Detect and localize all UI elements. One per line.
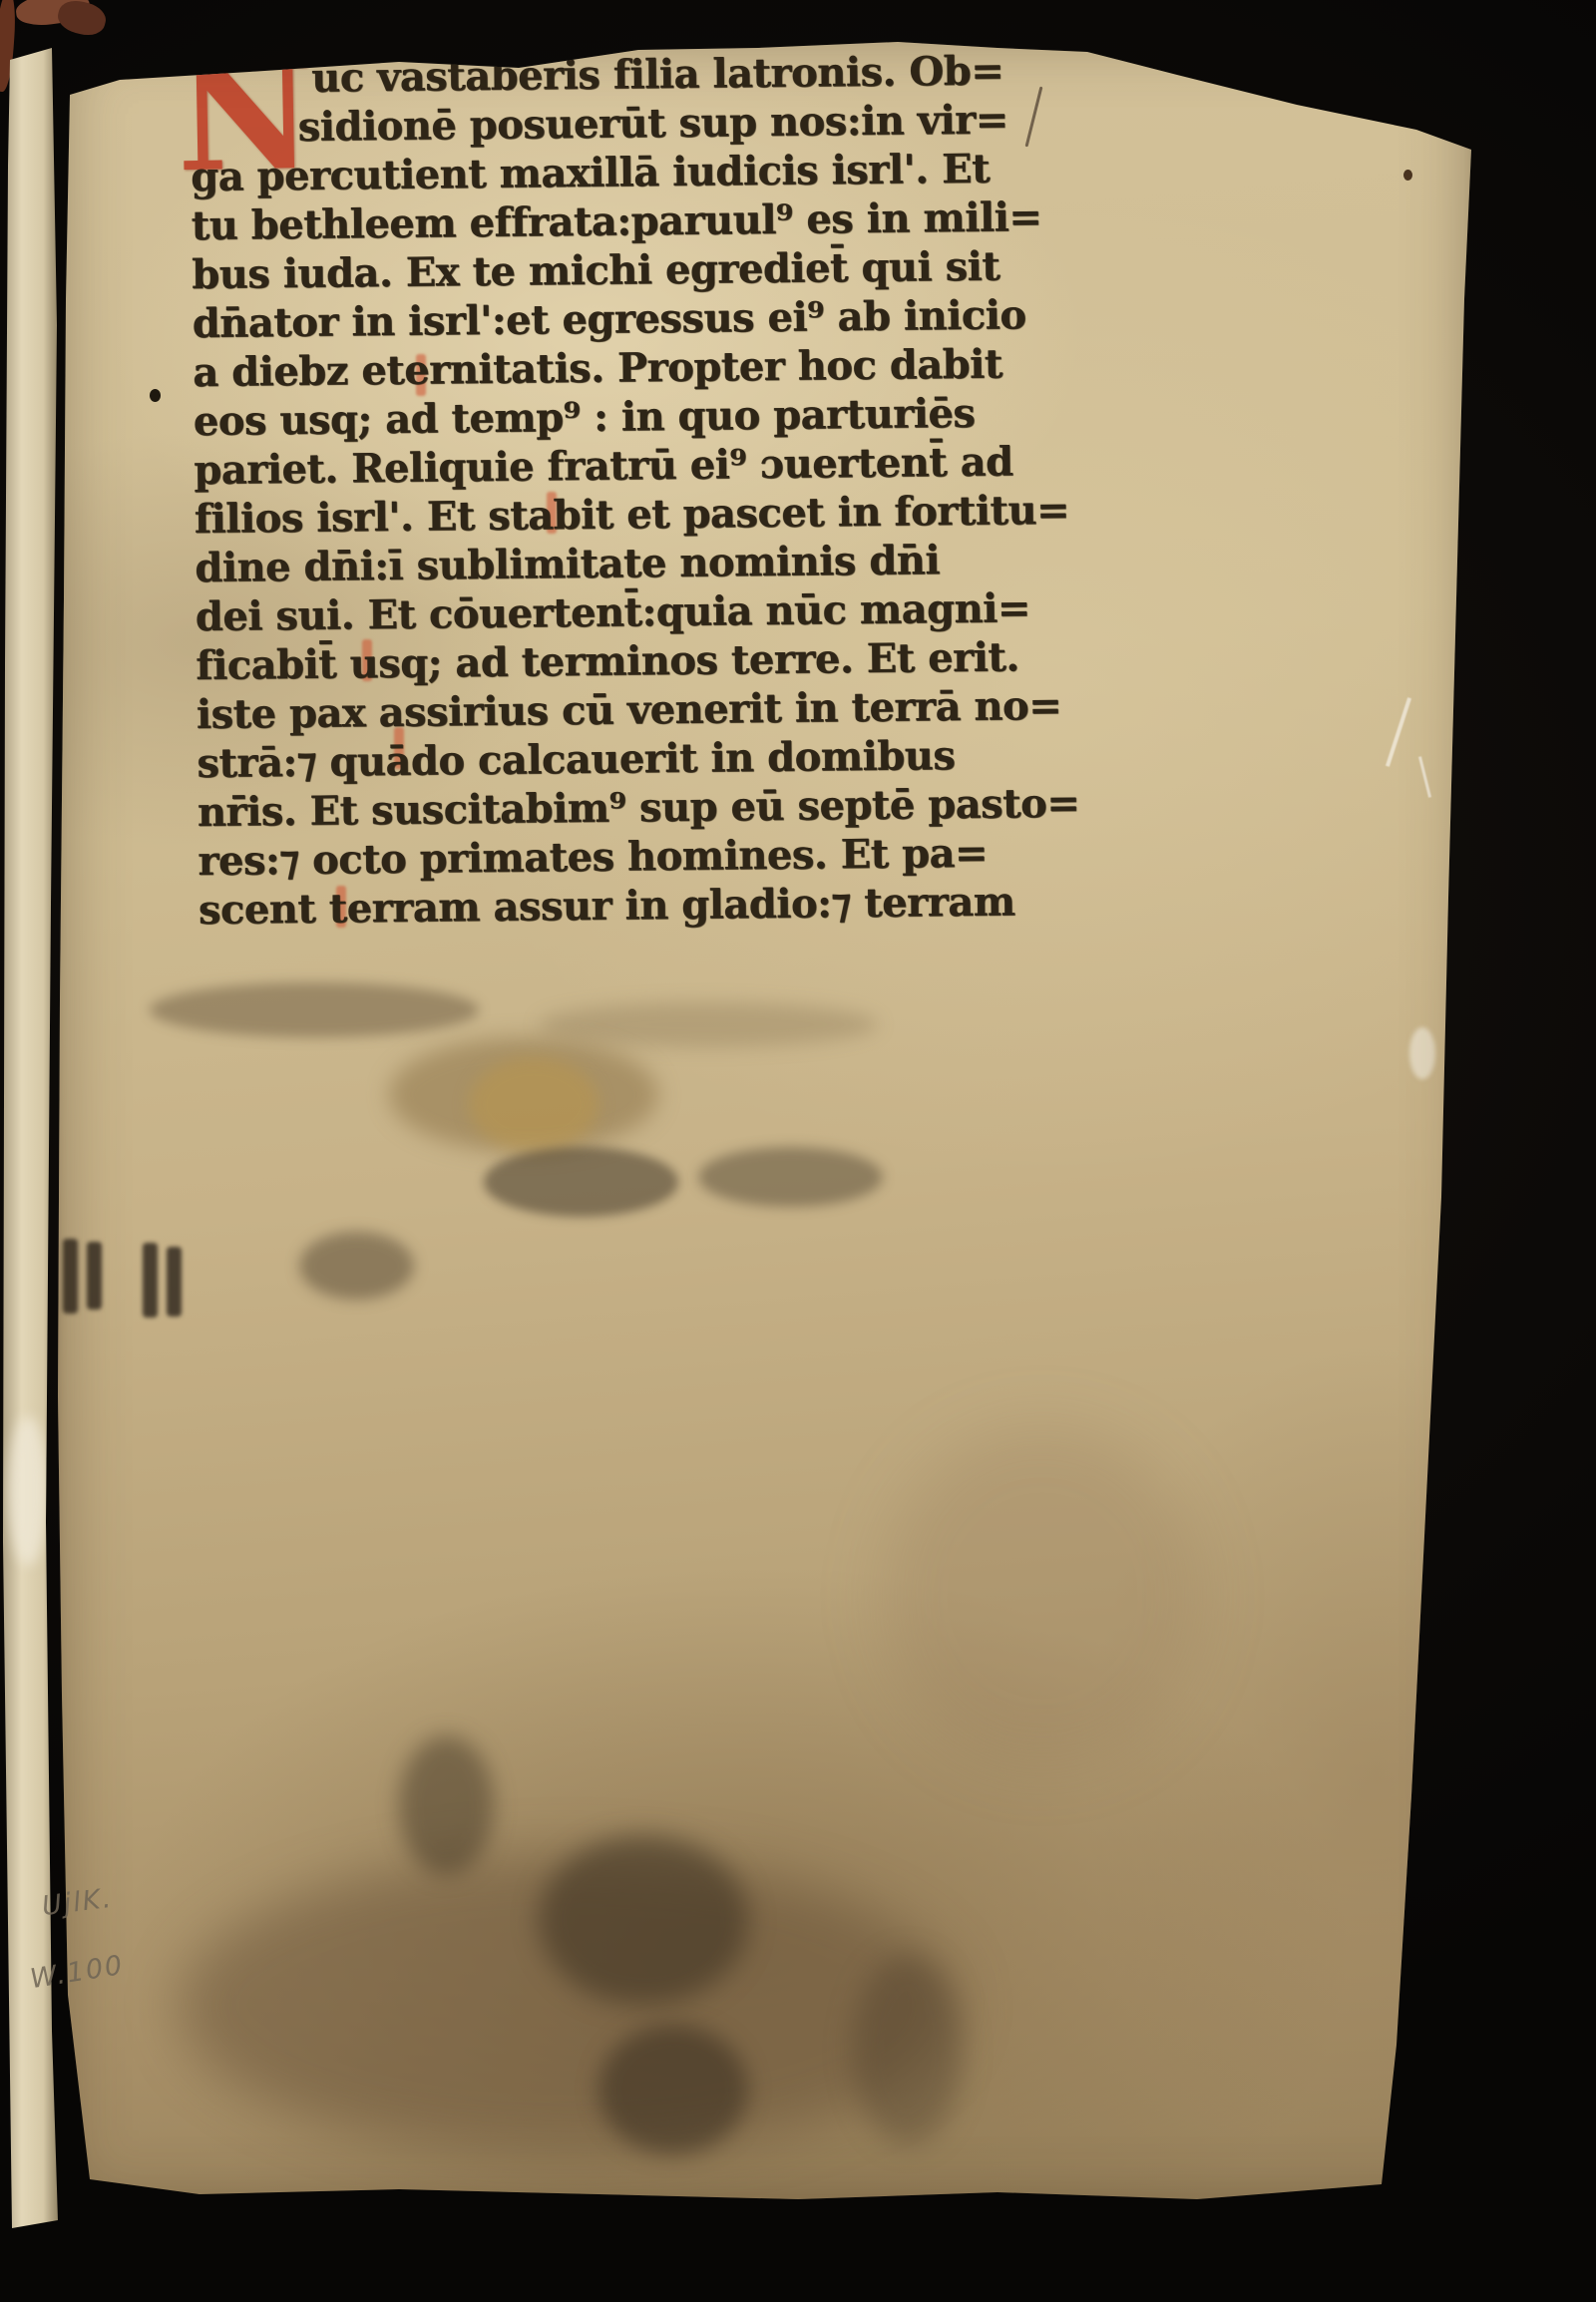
text-line: bus iuda. Ex te michi egrediet̄ qui sit — [192, 242, 999, 299]
ink-smudge — [484, 1147, 678, 1217]
offset-stroke — [63, 1239, 78, 1314]
text-line: tu bethleem effrata:paruul⁹ es in mili= — [192, 193, 999, 250]
ink-smudge — [539, 1835, 748, 2005]
text-line: uc vastaberis filia latronis. Ob= — [190, 47, 997, 104]
text-line: dei sui. Et cōuertent̄:quia nūc magni= — [196, 583, 1003, 640]
text-line: strā:⁊ quādo calcauerit in domibus — [197, 730, 1004, 787]
text-line: ga percutient maxillā iudicis isrl'. Et — [191, 145, 998, 201]
bleed-through-stain — [150, 982, 479, 1037]
printed-text-block: uc vastaberis filia latronis. Ob= sidion… — [190, 47, 1006, 935]
text-line: eos usq; ad temp⁹ : in quo parturiēs — [194, 388, 1001, 445]
text-line: nr̄is. Et suscitabim⁹ sup eū septē pasto… — [198, 779, 1005, 836]
offset-stroke — [143, 1243, 158, 1318]
text-line: pariet. Reliquie fratrū ei⁹ ɔuertent̄ ad — [194, 437, 1001, 494]
offset-stroke — [167, 1247, 182, 1317]
text-line: sidionē posuerūt sup nos:in vir= — [191, 96, 998, 153]
vellum-leaf: N uc vastaberis filia latronis. Ob= sidi… — [55, 30, 1476, 2214]
binding-fragment — [55, 0, 109, 39]
text-line: scent terram assur in gladio:⁊ terram — [199, 877, 1006, 934]
ink-smudge — [598, 2025, 748, 2154]
text-line: iste pax assirius cū venerit in terrā no… — [197, 681, 1004, 738]
text-line: a diebz eternitatis. Propter hoc dabit — [193, 340, 1000, 397]
margin-dot — [150, 389, 161, 402]
damp-stain — [469, 1057, 598, 1152]
ink-speck — [1403, 170, 1412, 181]
text-line: filios isrl'. Et stabit et pascet in for… — [195, 486, 1002, 543]
ink-smudge — [853, 1955, 963, 2144]
damp-stain — [883, 1426, 1202, 1765]
text-line: dine dn̄i:ī sublimitate nominis dn̄i — [195, 535, 1002, 591]
white-fiber — [1409, 1027, 1435, 1079]
text-line: dn̄ator in isrl':et egressus ei⁹ ab inic… — [193, 291, 1000, 348]
ink-smudge — [399, 1735, 494, 1875]
offset-stroke — [87, 1242, 102, 1310]
text-line: ficabit̄ usq; ad terminos terre. Et erit… — [196, 632, 1003, 689]
white-scratch — [1418, 756, 1431, 797]
manuscript-photo: N uc vastaberis filia latronis. Ob= sidi… — [0, 0, 1596, 2302]
text-line: res:⁊ octo primates homines. Et pa= — [198, 828, 1005, 885]
pen-stroke-mark — [1025, 87, 1043, 148]
white-scratch — [1386, 697, 1411, 767]
edge-light-patch — [8, 1416, 48, 1566]
bleed-through-stain — [539, 1002, 878, 1047]
ink-smudge — [299, 1232, 414, 1300]
ink-smudge — [698, 1147, 883, 1207]
